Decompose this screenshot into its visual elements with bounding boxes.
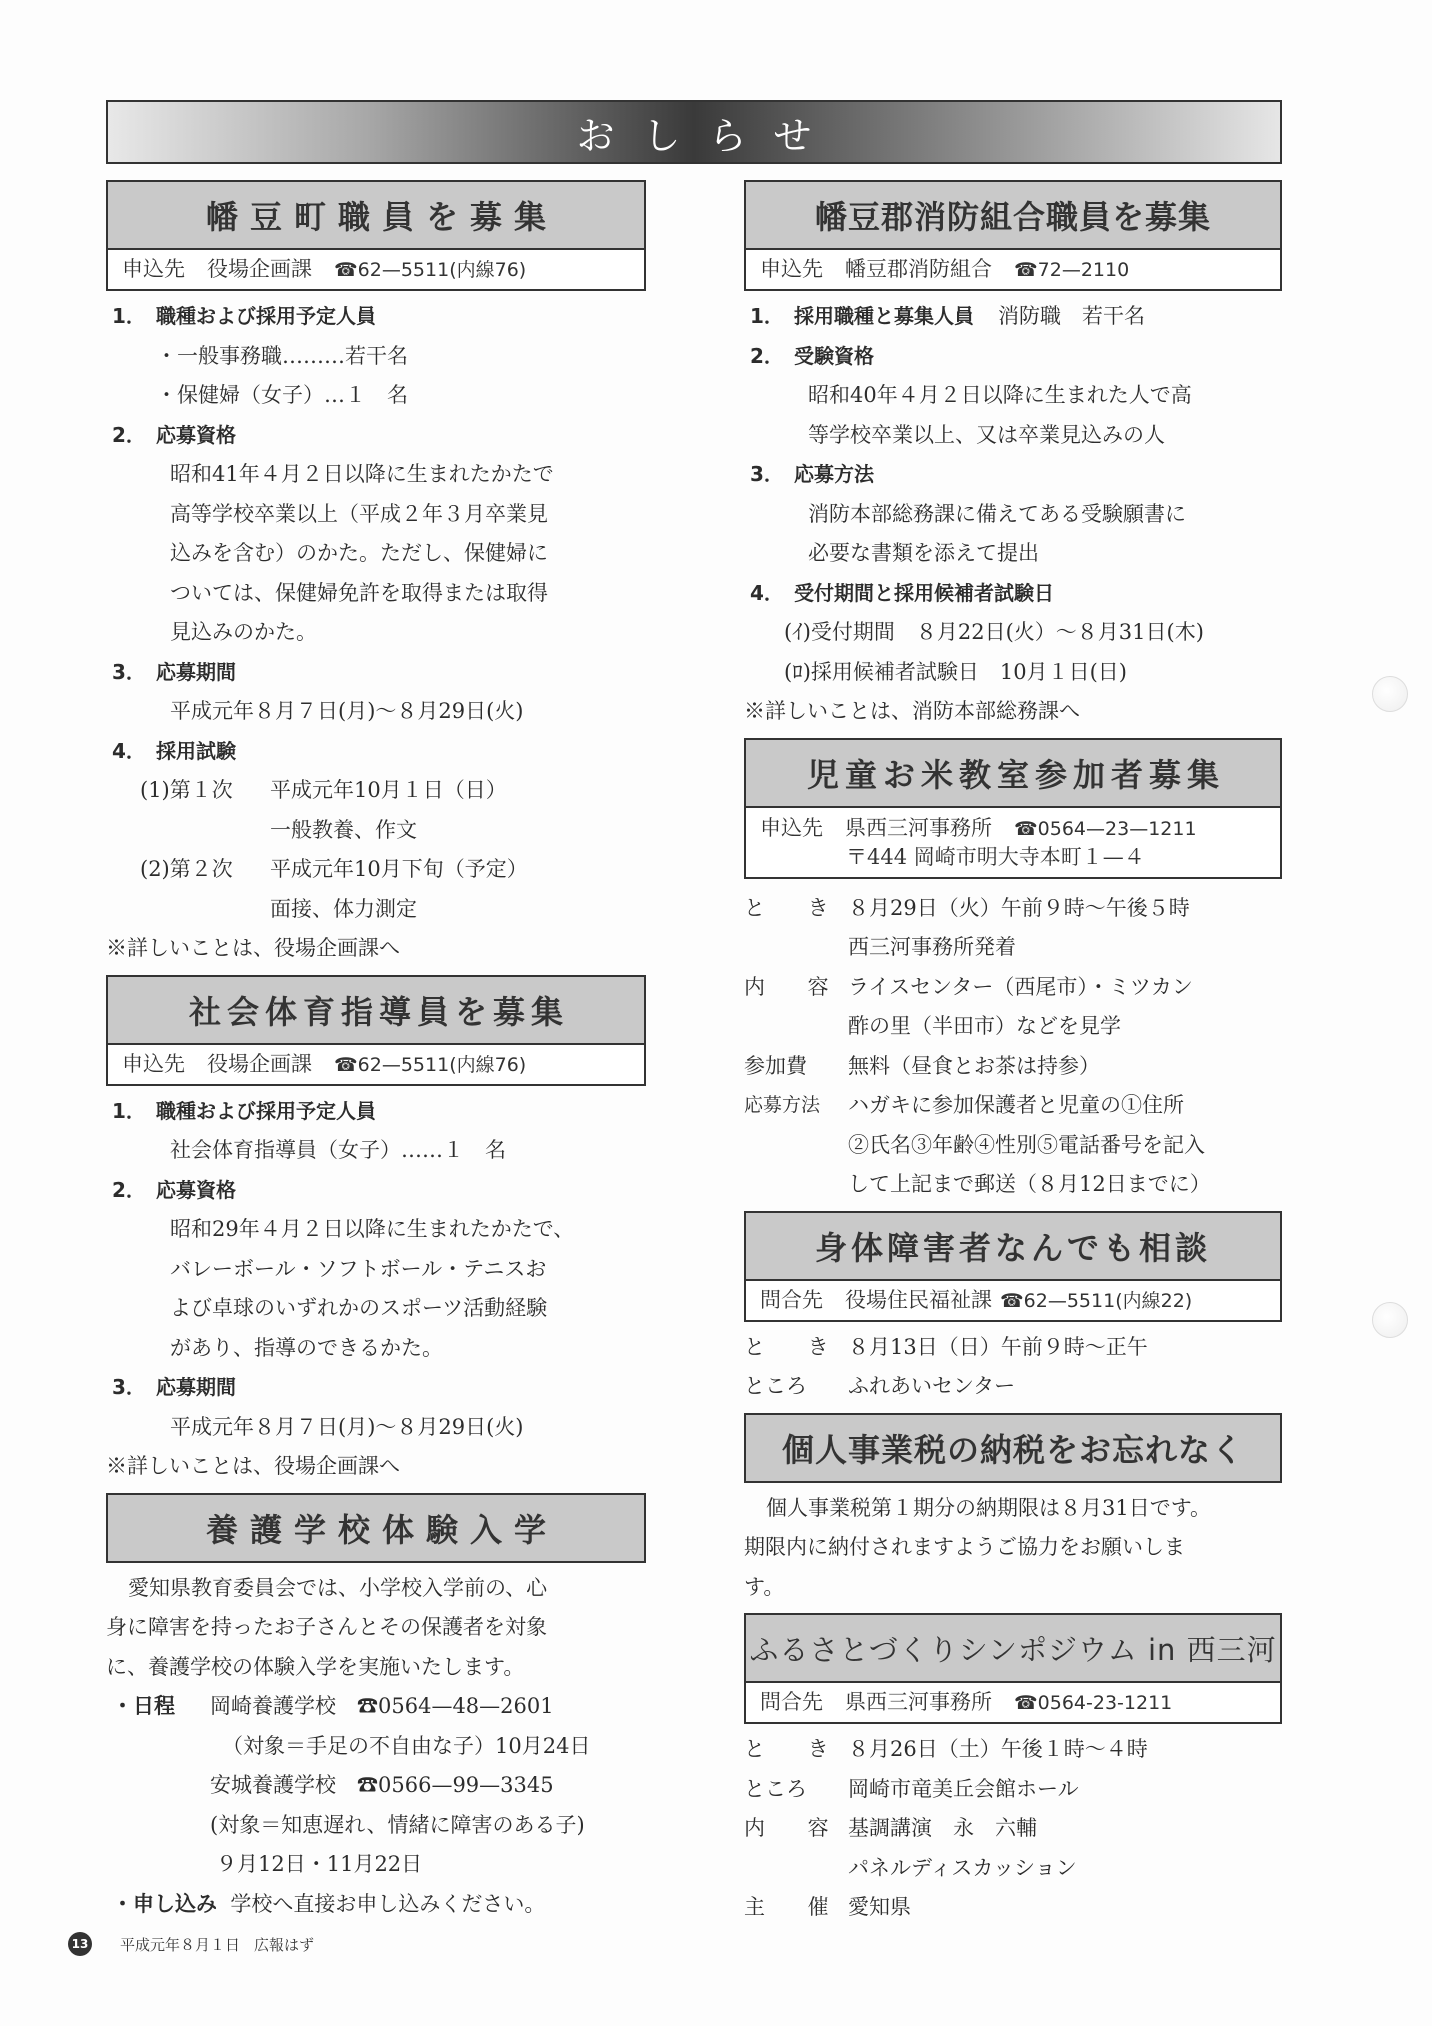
phone-number: ☎62—5511(内線76) — [334, 259, 526, 281]
info-row: 参加費無料（昼食とお茶は持参） — [744, 1047, 1282, 1087]
address: 〒444 岡崎市明大寺本町１—４ — [760, 843, 1266, 871]
section-disability-consultation: 身体障害者なんでも相談 問合先役場住民福祉課☎62—5511(内線22) と き… — [744, 1211, 1282, 1407]
contact-box: 申込先役場企画課☎62—5511(内線76) — [106, 1045, 646, 1086]
publication-name: 広報はず — [254, 1934, 314, 1955]
section-hometown-symposium: ふるさとづくりシンポジウム in 西三河 問合先県西三河事務所☎0564-23-… — [744, 1613, 1282, 1928]
contact-org: 役場企画課 — [207, 1052, 312, 1076]
text-line: 身に障害を持ったお子さんとその保護者を対象 — [106, 1608, 646, 1648]
apply-row: ・申し込み 学校へ直接お申し込みください。 — [106, 1885, 646, 1925]
contact-label: 問合先 — [760, 1690, 823, 1714]
note: ※詳しいことは、消防本部総務課へ — [744, 692, 1282, 732]
banner-title: おしらせ — [549, 105, 840, 160]
note: ※詳しいことは、役場企画課へ — [106, 929, 646, 969]
text-line: 等学校卒業以上、又は卒業見込みの人 — [744, 416, 1282, 456]
text-line: ついては、保健婦免許を取得または取得 — [106, 574, 646, 614]
item-heading: 3．応募期間 — [106, 1368, 646, 1408]
note: ※詳しいことは、役場企画課へ — [106, 1447, 646, 1487]
text-line: に、養護学校の体験入学を実施いたします。 — [106, 1648, 646, 1688]
text-line: 平成元年８月７日(月)～８月29日(火) — [106, 1408, 646, 1448]
contact-label: 申込先 — [122, 1052, 185, 1076]
section-body: 愛知県教育委員会では、小学校入学前の、心 身に障害を持ったお子さんとその保護者を… — [106, 1569, 646, 1925]
contact-label: 申込先 — [122, 257, 185, 281]
text-line: 高等学校卒業以上（平成２年３月卒業見 — [106, 495, 646, 535]
item-heading: 3．応募方法 — [744, 455, 1282, 495]
section-body: と き８月13日（日）午前９時～正午 ところふれあいセンター — [744, 1328, 1282, 1407]
section-title: 幡豆町職員を募集 — [106, 180, 646, 250]
text-line: よび卓球のいずれかのスポーツ活動経験 — [106, 1289, 646, 1329]
punch-hole-icon — [1372, 1302, 1408, 1338]
phone-number: ☎62—5511(内線22) — [1000, 1290, 1192, 1312]
phone-number: ☎62—5511(内線76) — [334, 1054, 526, 1076]
text-line: 昭和41年４月２日以降に生まれたかたで — [106, 455, 646, 495]
item-heading: 2．応募資格 — [106, 416, 646, 456]
contact-box: 申込先県西三河事務所☎0564—23—1211 〒444 岡崎市明大寺本町１—４ — [744, 808, 1282, 879]
left-column: 幡豆町職員を募集 申込先役場企画課☎62—5511(内線76) 1．職種および採… — [106, 180, 646, 1924]
section-body: 1．採用職種と募集人員消防職 若干名 2．受験資格 昭和40年４月２日以降に生ま… — [744, 297, 1282, 732]
section-body: 個人事業税第１期分の納期限は８月31日です。 期限内に納付されますようご協力をお… — [744, 1489, 1282, 1608]
section-sports-instructor-recruitment: 社会体育指導員を募集 申込先役場企画課☎62—5511(内線76) 1．職種およ… — [106, 975, 646, 1487]
section-rice-class: 児童お米教室参加者募集 申込先県西三河事務所☎0564—23—1211 〒444… — [744, 738, 1282, 1205]
info-row: と き８月29日（火）午前９時～午後５時西三河事務所発着 — [744, 889, 1282, 968]
notices-banner: おしらせ — [106, 100, 1282, 164]
contact-org: 県西三河事務所 — [845, 1690, 992, 1714]
item-heading: 1．採用職種と募集人員消防職 若干名 — [744, 297, 1282, 337]
section-title: 養護学校体験入学 — [106, 1493, 646, 1563]
section-body: と き８月29日（火）午前９時～午後５時西三河事務所発着 内 容ライスセンター（… — [744, 889, 1282, 1205]
info-row: と き８月26日（土）午後１時～４時 — [744, 1730, 1282, 1770]
info-row: 内 容ライスセンター（西尾市）・ミツカン酢の里（半田市）などを見学 — [744, 968, 1282, 1047]
info-row: 内 容基調講演 永 六輔パネルディスカッション — [744, 1809, 1282, 1888]
phone-number: ☎0564-23-1211 — [1014, 1692, 1172, 1714]
punch-hole-icon — [1372, 676, 1408, 712]
contact-box: 申込先役場企画課☎62—5511(内線76) — [106, 250, 646, 291]
contact-label: 申込先 — [760, 816, 823, 840]
section-business-tax: 個人事業税の納税をお忘れなく 個人事業税第１期分の納期限は８月31日です。 期限… — [744, 1413, 1282, 1608]
text-line: 社会体育指導員（女子）……１ 名 — [106, 1131, 646, 1171]
text-line: 愛知県教育委員会では、小学校入学前の、心 — [106, 1569, 646, 1609]
contact-org: 役場住民福祉課 — [845, 1288, 992, 1312]
section-title: 幡豆郡消防組合職員を募集 — [744, 180, 1282, 250]
contact-org: 県西三河事務所 — [845, 816, 992, 840]
text-line: 昭和29年４月２日以降に生まれたかたで、 — [106, 1210, 646, 1250]
section-body: と き８月26日（土）午後１時～４時 ところ岡崎市竜美丘会館ホール 内 容基調講… — [744, 1730, 1282, 1928]
section-body: 1．職種および採用予定人員 ・一般事務職………若干名 ・保健婦（女子）…１ 名 … — [106, 297, 646, 969]
item-heading: 4．採用試験 — [106, 732, 646, 772]
section-special-school-trial: 養護学校体験入学 愛知県教育委員会では、小学校入学前の、心 身に障害を持ったお子… — [106, 1493, 646, 1925]
text-line: があり、指導のできるかた。 — [106, 1329, 646, 1369]
item-heading: 1．職種および採用予定人員 — [106, 1092, 646, 1132]
text-line: (ｲ)受付期間 ８月22日(火）～８月31日(木) — [744, 613, 1282, 653]
contact-label: 申込先 — [760, 257, 823, 281]
contact-box: 問合先県西三河事務所☎0564-23-1211 — [744, 1683, 1282, 1724]
item-heading: 1．職種および採用予定人員 — [106, 297, 646, 337]
text-line: 個人事業税第１期分の納期限は８月31日です。 — [744, 1489, 1282, 1529]
text-line: 必要な書類を添えて提出 — [744, 534, 1282, 574]
section-town-staff-recruitment: 幡豆町職員を募集 申込先役場企画課☎62—5511(内線76) 1．職種および採… — [106, 180, 646, 969]
section-fire-dept-recruitment: 幡豆郡消防組合職員を募集 申込先幡豆郡消防組合☎72—2110 1．採用職種と募… — [744, 180, 1282, 732]
exam-row: (1)第１次 平成元年10月１日（日）一般教養、作文 — [106, 771, 646, 850]
info-row: 応募方法ハガキに参加保護者と児童の①住所②氏名③年齢④性別⑤電話番号を記入して上… — [744, 1086, 1282, 1205]
text-line: 消防本部総務課に備えてある受験願書に — [744, 495, 1282, 535]
contact-box: 問合先役場住民福祉課☎62—5511(内線22) — [744, 1281, 1282, 1322]
page-number-badge: 13 — [68, 1932, 92, 1956]
page-footer: 13 平成元年８月１日 広報はず — [68, 1932, 314, 1956]
section-title: 社会体育指導員を募集 — [106, 975, 646, 1045]
text-line: 期限内に納付されますようご協力をお願いしま — [744, 1528, 1282, 1568]
section-title: 児童お米教室参加者募集 — [744, 738, 1282, 808]
info-row: ところ岡崎市竜美丘会館ホール — [744, 1770, 1282, 1810]
text-line: バレーボール・ソフトボール・テニスお — [106, 1250, 646, 1290]
text-line: す。 — [744, 1568, 1282, 1608]
text-line: 平成元年８月７日(月)～８月29日(火) — [106, 692, 646, 732]
contact-box: 申込先幡豆郡消防組合☎72—2110 — [744, 250, 1282, 291]
section-body: 1．職種および採用予定人員 社会体育指導員（女子）……１ 名 2．応募資格 昭和… — [106, 1092, 646, 1487]
exam-row: (2)第２次 平成元年10月下旬（予定）面接、体力測定 — [106, 850, 646, 929]
item-heading: 2．受験資格 — [744, 337, 1282, 377]
list-item: ・一般事務職………若干名 — [106, 337, 646, 377]
text-line: 昭和40年４月２日以降に生まれた人で高 — [744, 376, 1282, 416]
right-column: 幡豆郡消防組合職員を募集 申込先幡豆郡消防組合☎72—2110 1．採用職種と募… — [744, 180, 1282, 1928]
info-row: ところふれあいセンター — [744, 1367, 1282, 1407]
section-title: 身体障害者なんでも相談 — [744, 1211, 1282, 1281]
contact-label: 問合先 — [760, 1288, 823, 1312]
item-heading: 4．受付期間と採用候補者試験日 — [744, 574, 1282, 614]
phone-number: ☎0564—23—1211 — [1014, 818, 1197, 840]
contact-org: 役場企画課 — [207, 257, 312, 281]
info-row: 主 催愛知県 — [744, 1888, 1282, 1928]
issue-date: 平成元年８月１日 — [120, 1934, 240, 1955]
contact-org: 幡豆郡消防組合 — [845, 257, 992, 281]
list-item: ・保健婦（女子）…１ 名 — [106, 376, 646, 416]
item-heading: 3．応募期間 — [106, 653, 646, 693]
section-title: 個人事業税の納税をお忘れなく — [744, 1413, 1282, 1483]
info-row: と き８月13日（日）午前９時～正午 — [744, 1328, 1282, 1368]
text-line: (ﾛ)採用候補者試験日 10月１日(日) — [744, 653, 1282, 693]
phone-number: ☎72—2110 — [1014, 259, 1129, 281]
item-heading: 2．応募資格 — [106, 1171, 646, 1211]
text-line: 見込みのかた。 — [106, 613, 646, 653]
text-line: 込みを含む）のかた。ただし、保健婦に — [106, 534, 646, 574]
schedule-row: ・日程 岡崎養護学校 ☎0564—48—2601 （対象＝手足の不自由な子）10… — [106, 1687, 646, 1885]
section-title: ふるさとづくりシンポジウム in 西三河 — [744, 1613, 1282, 1683]
